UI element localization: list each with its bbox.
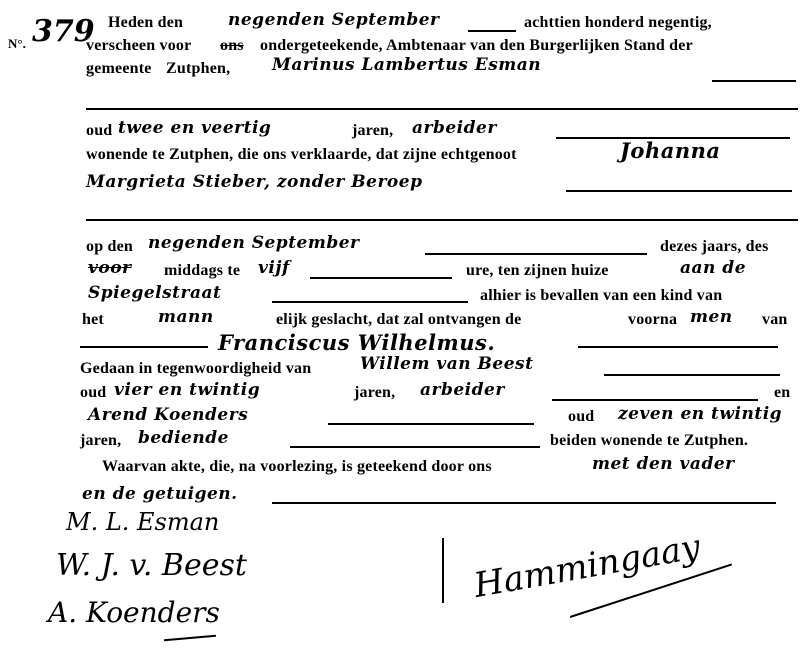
printed-text: op den xyxy=(86,238,133,256)
handwritten-hour: vijf xyxy=(258,258,290,278)
handwritten-struck-time-of-day: voor xyxy=(88,258,132,278)
handwritten-age: twee en veertig xyxy=(118,118,271,138)
signature-bracket-mark xyxy=(442,538,444,603)
printed-text: ondergeteekende, Ambtenaar van den Burge… xyxy=(260,37,693,55)
certificate-number-label: N°. xyxy=(8,36,26,52)
handwritten-mother-first-name: Johanna xyxy=(620,138,720,163)
printed-text: jaren, xyxy=(80,432,121,450)
printed-text: jaren, xyxy=(352,122,393,140)
printed-text: verscheen voor xyxy=(86,37,191,55)
printed-text: wonende te Zutphen, die ons verklaarde, … xyxy=(86,146,517,164)
printed-text: dezes jaars, des xyxy=(660,238,769,256)
printed-text: het xyxy=(82,311,104,329)
printed-text: oud xyxy=(86,122,112,140)
printed-text: achttien honderd negentig, xyxy=(524,14,712,32)
printed-text: Gedaan in tegenwoordigheid van xyxy=(80,360,311,378)
printed-text: oud xyxy=(568,408,594,426)
handwritten-witness-1-name: Willem van Beest xyxy=(360,354,533,374)
handwritten-witness-1-occupation: arbeider xyxy=(420,380,505,400)
handwritten-signers-continued: en de getuigen. xyxy=(82,484,238,504)
signature-witness-2: A. Koenders xyxy=(48,596,220,629)
printed-text: elijk geslacht, dat zal ontvangen de xyxy=(276,311,521,329)
printed-text: van xyxy=(762,311,788,329)
printed-text: alhier is bevallen van een kind van xyxy=(480,287,722,305)
handwritten-witness-2-name: Arend Koenders xyxy=(88,405,248,425)
printed-text: middags te xyxy=(164,262,240,280)
municipality-name: Zutphen, xyxy=(166,60,230,78)
printed-text: Heden den xyxy=(108,14,183,32)
handwritten-date: negenden September xyxy=(228,10,440,30)
handwritten-gender: mann xyxy=(158,307,214,327)
handwritten-mother-name: Margrieta Stieber, zonder Beroep xyxy=(86,172,422,192)
handwritten-birth-date: negenden September xyxy=(148,233,360,253)
printed-text: ure, ten zijnen huize xyxy=(466,262,609,280)
printed-text: jaren, xyxy=(354,384,395,402)
signature-witness-1: W. J. v. Beest xyxy=(56,548,247,583)
handwritten-location-prefix: aan de xyxy=(680,258,746,278)
handwritten-street: Spiegelstraat xyxy=(88,283,221,303)
printed-text: beiden wonende te Zutphen. xyxy=(550,432,748,450)
struck-text: ons xyxy=(220,37,244,55)
signature-registrar: Hammingaay xyxy=(471,527,703,606)
handwritten-signers: met den vader xyxy=(592,454,735,474)
printed-text: oud xyxy=(80,384,106,402)
handwritten-suffix: men xyxy=(690,307,733,327)
handwritten-child-name: Franciscus Wilhelmus. xyxy=(218,330,495,355)
handwritten-witness-2-age: zeven en twintig xyxy=(618,404,782,424)
handwritten-witness-2-occupation: bediende xyxy=(138,428,229,448)
handwritten-witness-1-age: vier en twintig xyxy=(114,380,260,400)
printed-text: Waarvan akte, die, na voorlezing, is get… xyxy=(102,458,492,476)
printed-text: gemeente xyxy=(86,60,152,78)
handwritten-father-name: Marinus Lambertus Esman xyxy=(272,55,541,75)
handwritten-occupation: arbeider xyxy=(412,118,497,138)
printed-text: en xyxy=(774,384,790,402)
printed-text: voorna xyxy=(628,311,677,329)
birth-certificate-page: N°. 379 Heden den negenden September ach… xyxy=(0,0,800,660)
signature-father: M. L. Esman xyxy=(66,508,219,536)
